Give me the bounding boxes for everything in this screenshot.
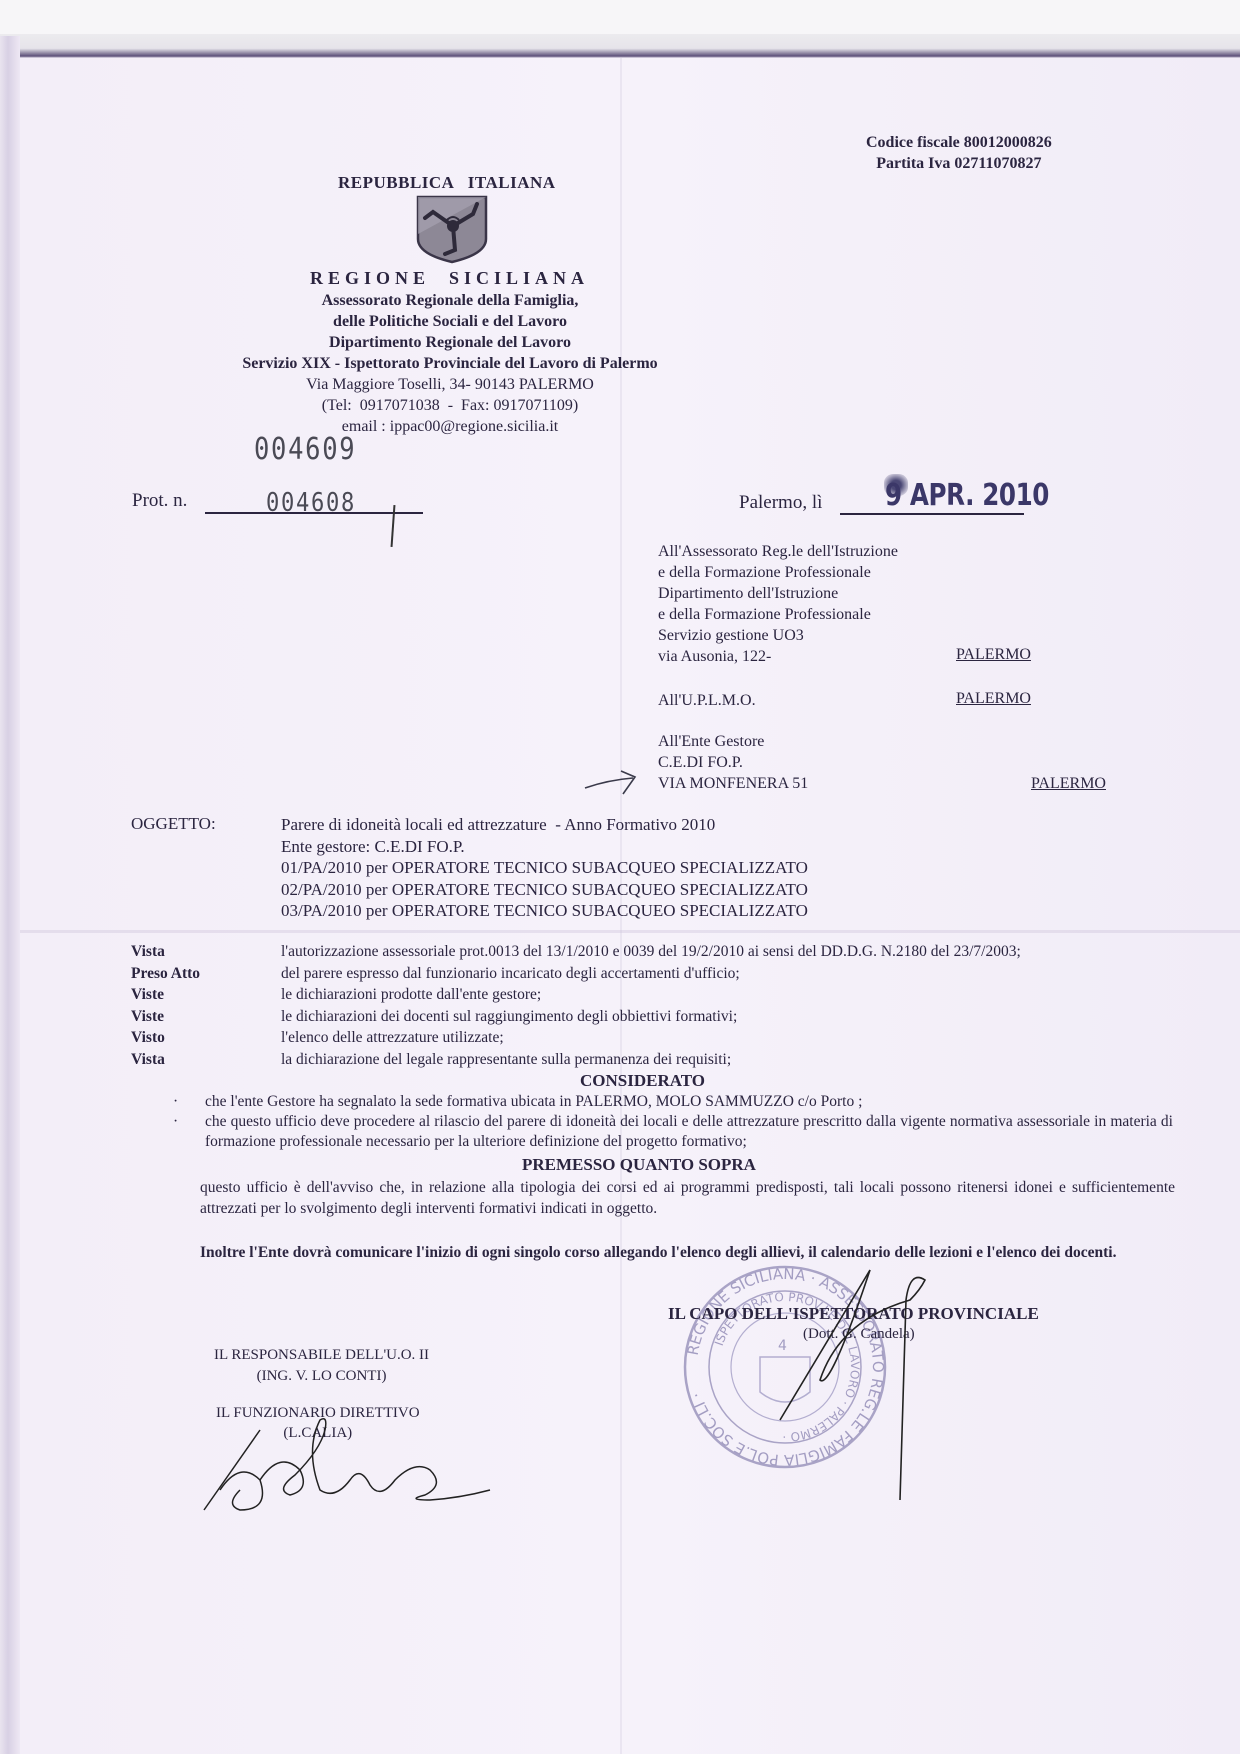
date-underline: [840, 513, 1024, 515]
department-header: Assessorato Regionale della Famiglia, de…: [200, 290, 700, 437]
premise-label: Vista: [131, 1049, 200, 1071]
recipient-assessorato: All'Assessorato Reg.le dell'Istruzione e…: [658, 541, 898, 667]
responsabile-title: IL RESPONSABILE DELL'U.O. II: [214, 1345, 429, 1366]
codice-fiscale: Codice fiscale 80012000826: [866, 132, 1052, 153]
list-item: · che questo ufficio deve procedere al r…: [173, 1112, 1173, 1152]
premise-text: del parere espresso dal funzionario inca…: [281, 963, 1021, 985]
handwritten-arrow-icon: [583, 768, 639, 798]
subject-label: OGGETTO:: [131, 814, 216, 834]
premise-label: Visto: [131, 1027, 200, 1049]
recipient-line: Servizio gestione UO3: [658, 625, 898, 646]
assessorato-line: Assessorato Regionale della Famiglia,: [200, 290, 700, 311]
recipient-line: Dipartimento dell'Istruzione: [658, 583, 898, 604]
premise-label: Preso Atto: [131, 963, 200, 985]
date-label: Palermo, lì: [739, 492, 822, 514]
dipartimento-line: Dipartimento Regionale del Lavoro: [200, 332, 700, 353]
recipient-line: e della Formazione Professionale: [658, 604, 898, 625]
phone-fax-line: (Tel: 0917071038 - Fax: 0917071109): [200, 395, 700, 416]
recipient-line: VIA MONFENERA 51: [658, 773, 808, 794]
signature-funzionario: [200, 1410, 500, 1520]
recipient-city: PALERMO: [1031, 775, 1106, 793]
recipient-uplmo: All'U.P.L.M.O.: [658, 690, 756, 711]
subject-line: 01/PA/2010 per OPERATORE TECNICO SUBACQU…: [281, 857, 808, 879]
recipient-city: PALERMO: [956, 646, 1031, 664]
subject-line: Ente gestore: C.E.DI FO.P.: [281, 836, 808, 858]
responsabile-block: IL RESPONSABILE DELL'U.O. II (ING. V. LO…: [214, 1345, 429, 1387]
politiche-line: delle Politiche Sociali e del Lavoro: [200, 311, 700, 332]
paper-left-edge: [0, 36, 20, 1754]
republic-heading: REPUBBLICA ITALIANA: [338, 173, 556, 193]
premise-text: l'elenco delle attrezzature utilizzate;: [281, 1027, 1021, 1049]
signature-capo: [760, 1260, 960, 1500]
recipient-line: e della Formazione Professionale: [658, 562, 898, 583]
list-item-text: che l'ente Gestore ha segnalato la sede …: [205, 1093, 862, 1110]
address-line: Via Maggiore Toselli, 34- 90143 PALERMO: [200, 374, 700, 395]
scanner-top-margin: [0, 0, 1240, 36]
fold-line-horizontal: [20, 930, 1240, 933]
subject-line: 02/PA/2010 per OPERATORE TECNICO SUBACQU…: [281, 879, 808, 901]
fiscal-info: Codice fiscale 80012000826 Partita Iva 0…: [866, 132, 1052, 174]
paper-top-edge: [0, 34, 1240, 58]
premesso-paragraph: questo ufficio è dell'avviso che, in rel…: [200, 1177, 1175, 1219]
recipient-line: via Ausonia, 122-: [658, 646, 898, 667]
subject-line: 03/PA/2010 per OPERATORE TECNICO SUBACQU…: [281, 900, 808, 922]
recipient-line: All'Ente Gestore: [658, 731, 808, 752]
region-heading: REGIONE SICILIANA: [310, 268, 589, 289]
premise-label: Viste: [131, 1006, 200, 1028]
premise-text: le dichiarazioni prodotte dall'ente gest…: [281, 984, 1021, 1006]
subject-lines: Parere di idoneità locali ed attrezzatur…: [281, 814, 808, 922]
partita-iva: Partita Iva 02711070827: [866, 153, 1052, 174]
list-item: · che l'ente Gestore ha segnalato la sed…: [173, 1092, 1173, 1112]
recipient-ente-gestore: All'Ente Gestore C.E.DI FO.P. VIA MONFEN…: [658, 731, 808, 794]
premesso-heading: PREMESSO QUANTO SOPRA: [522, 1155, 756, 1175]
premise-text: la dichiarazione del legale rappresentan…: [281, 1049, 1021, 1071]
recipient-line: C.E.DI FO.P.: [658, 752, 808, 773]
servizio-line: Servizio XIX - Ispettorato Provinciale d…: [200, 353, 700, 374]
recipient-city: PALERMO: [956, 690, 1031, 708]
trinacria-coat-of-arms-icon: [415, 194, 489, 264]
premise-label: Viste: [131, 984, 200, 1006]
responsabile-name: (ING. V. LO CONTI): [214, 1366, 429, 1387]
considerato-list: · che l'ente Gestore ha segnalato la sed…: [173, 1092, 1173, 1152]
inoltre-paragraph: Inoltre l'Ente dovrà comunicare l'inizio…: [200, 1242, 1175, 1263]
protocol-stamp-top: 004609: [254, 432, 356, 467]
premise-texts: l'autorizzazione assessoriale prot.0013 …: [281, 941, 1021, 1070]
recipient-line: All'Assessorato Reg.le dell'Istruzione: [658, 541, 898, 562]
premise-label: Vista: [131, 941, 200, 963]
premise-text: l'autorizzazione assessoriale prot.0013 …: [281, 941, 1021, 963]
premise-text: le dichiarazioni dei docenti sul raggiun…: [281, 1006, 1021, 1028]
considerato-heading: CONSIDERATO: [580, 1071, 705, 1091]
premise-labels: Vista Preso Atto Viste Viste Visto Vista: [131, 941, 200, 1070]
bullet-icon: ·: [173, 1112, 178, 1132]
protocol-number: 004608: [266, 488, 356, 518]
date-stamp: 9 APR. 2010: [885, 478, 1049, 513]
list-item-text: che questo ufficio deve procedere al ril…: [205, 1113, 1173, 1150]
bullet-icon: ·: [173, 1092, 178, 1112]
protocol-label: Prot. n.: [132, 490, 187, 512]
subject-line: Parere di idoneità locali ed attrezzatur…: [281, 814, 808, 836]
